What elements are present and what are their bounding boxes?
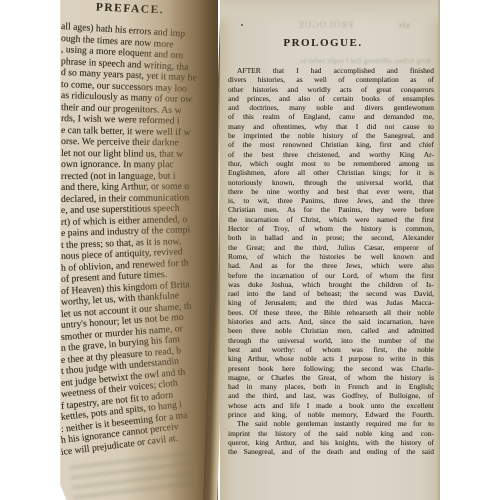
text-line: bestandworthy:ofwhomwasfirst,thenoble [228, 345, 434, 354]
text-line: AFTERthatIhadaccomplishedandfinished [228, 66, 434, 75]
text-line: Englishmen,aforeallotherChristiankings;f… [228, 168, 434, 177]
text-line: bees.Ofthesethree,theBiblerehearsethallt… [228, 308, 434, 317]
text-line: kingofJerusalem;andthethirdwasJudasMacca… [228, 298, 434, 307]
text-line: ofthemostrenownedChristianking,firstandc… [228, 140, 434, 149]
ghost-showthrough-line: king Arthur, affirming that I ought rath… [230, 56, 430, 65]
text-line: whoseactsandlifeImadeabookuntotheexcelle… [228, 401, 434, 410]
text-line: had.AndasforthethreeJews,whichwerealso [228, 261, 434, 270]
text-line: presentbookherefollowing;thesecondwasCha… [228, 364, 434, 373]
text-line: magne,orCharlestheGreat,ofwhomthehistory… [228, 373, 434, 382]
text-line: imprintthehistoryofthesaidnoblekingandco… [228, 429, 434, 438]
text-line: divershistories,aswellofcontemplationaso… [228, 75, 434, 84]
text-line: ofthisrealmofEngland,cameanddemandedme, [228, 112, 434, 121]
text-line: theincarnationofChrist,whichwerenamedthe… [228, 215, 434, 224]
text-line: theGreat;andthethird,JuliusCæsar,emperor… [228, 243, 434, 252]
ghost-prologue-title: PROLOGUE. [294, 20, 353, 30]
prologue-text: AFTERthatIhadaccomplishedandfinisheddive… [228, 66, 434, 456]
text-line: beimprintedthenoblehistoryoftheSanegreal… [228, 131, 434, 140]
text-line: andprinces,andalsoofcertainbooksofensamp… [228, 94, 434, 103]
text-line: princeandking,ofnoblememory,EdwardtheFou… [228, 410, 434, 419]
text-line: bothinballadandinprose;thesecond,Alexand… [228, 233, 434, 242]
text-line: therebenineworthyandbestthateverwere,tha… [228, 187, 434, 196]
text-line: HectorofTroy,ofwhomthehistoryiscommon, [228, 224, 434, 233]
ghost-folio-number: xiv [398, 21, 410, 31]
text-line: andthethird,andlast,wasGodfrey,ofBulloig… [228, 391, 434, 400]
text-line: raelintothelandofbeheast;thesecondwasDav… [228, 289, 434, 298]
text-line: wasdukeJoshua,whichbroughtthechildrenofI… [228, 280, 434, 289]
text-line: thur,whichoughtmosttoberememberedamongus [228, 159, 434, 168]
text-line: throughtheuniversalworld,intothenumberof… [228, 336, 434, 345]
text-line: manyandoftentimes,whythatIdidnotcauseto [228, 122, 434, 131]
right-page: PROLOGUE. xiv PROLOGUE. king Arthur, aff… [220, 0, 440, 500]
page-edge [437, 0, 440, 500]
text-line: beforetheincarnationofourLord,ofwhomthef… [228, 271, 434, 280]
text-line: notoriouslyknown,throughtheuniversalworl… [228, 178, 434, 187]
ink-speck [241, 24, 243, 26]
text-line: Thesaidnoblegentlemaninstantlyrequiredme… [228, 419, 434, 428]
text-line: Rome,ofwhichthehistoriesbewellknownand [228, 252, 434, 261]
text-line: beenthreenobleChristianmen,calledandadmi… [228, 326, 434, 335]
text-line: anddoctrines,manynobleanddiversgentlewom… [228, 103, 434, 112]
text-line: kingArthur,whosenobleactsIpurposetowrite… [228, 354, 434, 363]
left-page: PREFACE. all ages) hath his errors and i… [57, 0, 218, 500]
prologue-title: PROLOGUE. [220, 37, 426, 49]
text-line: Christianmen.AsforthePanims,theywerebefo… [228, 205, 434, 214]
text-line: ofthebestthreechristened,andworthyKingAr… [228, 150, 434, 159]
book-photo: PREFACE. all ages) hath his errors and i… [0, 0, 500, 500]
text-line: queror,kingArthur,andhisknights,withtheh… [228, 438, 434, 447]
text-line: otherhistoriesandworldlyactsofgreatconqu… [228, 85, 434, 94]
text-line: historiesandacts.And,sincethesaidincarna… [228, 317, 434, 326]
text-line: hadinmanyplaces,bothinFrenchandinEnglish… [228, 382, 434, 391]
gutter-fade-shadow [126, 0, 218, 500]
text-line: is,towit,threePanims,threeJews,andthethr… [228, 196, 434, 205]
text-line: theSanegreal,andofthedeathandendingofthe… [228, 447, 434, 456]
